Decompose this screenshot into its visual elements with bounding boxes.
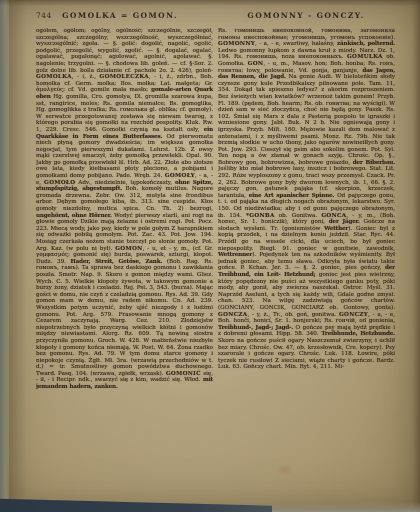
german-gloss: Treibhunde, Hetzhunde. — [321, 331, 395, 337]
german-gloss: eine Art spanischer Spinne. — [249, 193, 335, 199]
running-head-left: GOMOLKA = GOMON. — [32, 11, 208, 20]
page-gutter-shadow — [9, 0, 27, 512]
entry-headword: GOMON — [115, 246, 142, 252]
german-gloss: Wettrenner — [218, 252, 252, 258]
entry-headword: GOMONIĆ — [166, 371, 201, 377]
entry-headword: *GONBA — [246, 213, 275, 219]
entry-headword: GONCZY — [339, 312, 368, 318]
entry-text: , - y, ż., Tr., ob. goń, gonitwa. — [247, 312, 339, 318]
entry-text: Adv., niedzielnie, tępokończasty, — [75, 180, 175, 186]
german-gloss: Wetther — [324, 226, 348, 232]
text-column-left: ogółem, ogółom; ogólny, ogólność; szczeg… — [36, 28, 213, 472]
dictionary-page-scan: 744 GOMOLKA = GOMON. GOMONNY - GONCZY. o… — [0, 0, 420, 512]
entry-headword: GOMULKA — [347, 54, 383, 60]
german-gloss: zänkisch, polternd. — [337, 41, 395, 47]
running-head-right: GOMONNY - GONCZY. — [218, 11, 394, 20]
entry-headword: GOMOLECZKA — [100, 74, 149, 80]
entry-headword: GONCA — [321, 213, 346, 219]
entry-headword: GOMOŁY — [165, 173, 195, 179]
entry-text: ob. Gonitwa. — [275, 213, 322, 219]
entry-text: Skoro na gończe puścił ogary Naszczemuł … — [218, 338, 395, 370]
entry-text: goniec jest pies wietrzny, który popędzo… — [218, 272, 395, 311]
german-gloss: Hader, Streit, Getöse, Zank. — [71, 259, 163, 265]
german-gloss: der Biberbau. — [353, 160, 395, 166]
german-gloss: ungehörnt, ohne Hörner. — [36, 213, 112, 219]
entry-text: Hg. gomilla, Cro. gomolya, Dl. gromilla … — [36, 94, 213, 133]
entry-text: , - i, ż., — [72, 74, 100, 80]
entry-text: (Boh. Rag. Rs. гомонъ, гамъ). Ta sprawa … — [36, 259, 213, 377]
page-bottom-edge — [266, 502, 420, 512]
entry-headword: GOMOLKA — [36, 74, 72, 80]
entry-headword: GONCZA — [218, 312, 247, 318]
entry-headword: GOMONNY — [218, 41, 255, 47]
entry-headword: GON — [248, 61, 264, 67]
text-column-right: Rs. гомонишь ниепокоиной, гомонима, заго… — [218, 28, 395, 472]
german-gloss: der Jäger. — [329, 219, 360, 225]
entry-headword: GOMOŁO — [44, 180, 75, 186]
paper-stain — [276, 464, 294, 476]
entry-text: Na gonie Audi. W bieluteńkim słody czyns… — [218, 74, 395, 166]
entry-text: Rs. гомонишь ниепокоиной, гомонима, заго… — [218, 28, 395, 41]
scan-top-edge-shadow — [0, 0, 420, 6]
entry-text: , - a, - e, swarliwy, hałaśny, — [255, 41, 337, 47]
entry-text: ogółem, ogółom; ogólny, ogólność; szczeg… — [36, 28, 213, 74]
german-gloss: Treibhund-, Jagd-; Jagd-. — [218, 325, 293, 331]
scan-right-edge-shadow — [412, 0, 420, 512]
